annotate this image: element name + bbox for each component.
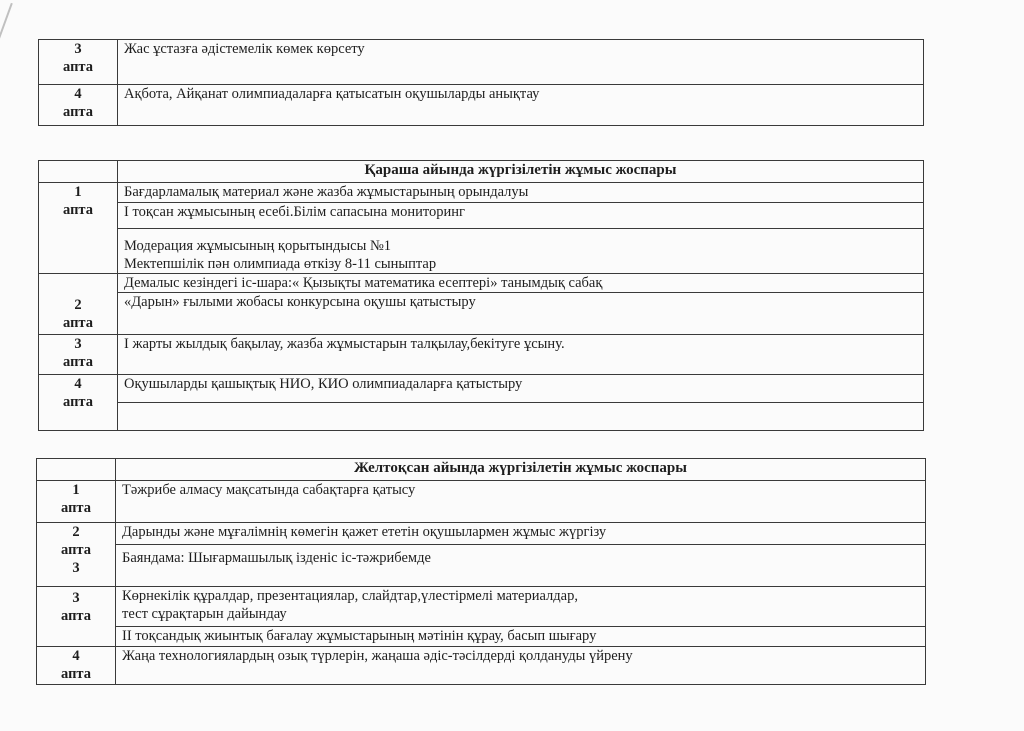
table-row: І тоқсан жұмысының есебі.Білім сапасына … bbox=[39, 203, 924, 229]
week-cell: 4апта bbox=[39, 85, 118, 126]
task-cell: Бағдарламалық материал және жазба жұмыст… bbox=[118, 183, 924, 203]
task-cell-empty bbox=[118, 403, 924, 431]
december-plan-table: Желтоқсан айында жүргізілетін жұмыс жосп… bbox=[36, 458, 926, 685]
task-cell: Жас ұстазға әдістемелік көмек көрсету bbox=[118, 40, 924, 85]
table-row: 2апта3 Дарынды және мұғалімнің көмегін қ… bbox=[37, 523, 926, 545]
table-row: 3апта Көрнекілік құралдар, презентацияла… bbox=[37, 587, 926, 627]
table-row: 3апта І жарты жылдық бақылау, жазба жұмы… bbox=[39, 335, 924, 375]
week-cell: 1апта bbox=[37, 481, 116, 523]
table-row: 1апта Тәжрибе алмасу мақсатында сабақтар… bbox=[37, 481, 926, 523]
task-cell: Жаңа технологиялардың озық түрлерін, жаң… bbox=[116, 647, 926, 685]
table-title: Желтоқсан айында жүргізілетін жұмыс жосп… bbox=[116, 459, 926, 481]
plan-table-continued: 3апта Жас ұстазға әдістемелік көмек көрс… bbox=[38, 39, 924, 126]
week-cell: 3апта bbox=[37, 587, 116, 647]
task-cell: «Дарын» ғылыми жобасы конкурсына оқушы қ… bbox=[118, 293, 924, 335]
task-cell: Тәжрибе алмасу мақсатында сабақтарға қат… bbox=[116, 481, 926, 523]
task-cell: Демалыс кезіндегі іс-шара:« Қызықты мате… bbox=[118, 274, 924, 293]
week-cell: 4апта bbox=[39, 375, 118, 431]
task-cell: Дарынды және мұғалімнің көмегін қажет ет… bbox=[116, 523, 926, 545]
november-plan-table: Қараша айында жүргізілетін жұмыс жоспары… bbox=[38, 160, 924, 431]
table-row: 2апта Демалыс кезіндегі іс-шара:« Қызықт… bbox=[39, 274, 924, 293]
table-row: 3апта Жас ұстазға әдістемелік көмек көрс… bbox=[39, 40, 924, 85]
week-cell: 4апта bbox=[37, 647, 116, 685]
scan-edge-mark bbox=[0, 3, 13, 41]
table-row: ІІ тоқсандық жиынтық бағалау жұмыстарыны… bbox=[37, 627, 926, 647]
table-row bbox=[39, 403, 924, 431]
table-header-row: Қараша айында жүргізілетін жұмыс жоспары bbox=[39, 161, 924, 183]
week-header-cell bbox=[39, 161, 118, 183]
table-row: Модерация жұмысының қорытындысы №1 Мекте… bbox=[39, 229, 924, 274]
week-header-cell bbox=[37, 459, 116, 481]
week-cell: 2апта3 bbox=[37, 523, 116, 587]
task-cell: І тоқсан жұмысының есебі.Білім сапасына … bbox=[118, 203, 924, 229]
task-cell: Көрнекілік құралдар, презентациялар, сла… bbox=[116, 587, 926, 627]
table-row: «Дарын» ғылыми жобасы конкурсына оқушы қ… bbox=[39, 293, 924, 335]
table-row: Баяндама: Шығармашылық ізденіс іс-тәжриб… bbox=[37, 545, 926, 587]
table-row: 4апта Оқушыларды қашықтық НИО, КИО олимп… bbox=[39, 375, 924, 403]
table-title: Қараша айында жүргізілетін жұмыс жоспары bbox=[118, 161, 924, 183]
week-cell: 3апта bbox=[39, 335, 118, 375]
week-cell: 3апта bbox=[39, 40, 118, 85]
table-row: 4апта Ақбота, Айқанат олимпиадаларға қат… bbox=[39, 85, 924, 126]
week-cell: 1апта bbox=[39, 183, 118, 274]
table-row: 4апта Жаңа технологиялардың озық түрлері… bbox=[37, 647, 926, 685]
task-cell: І жарты жылдық бақылау, жазба жұмыстарын… bbox=[118, 335, 924, 375]
task-cell: Оқушыларды қашықтық НИО, КИО олимпиадала… bbox=[118, 375, 924, 403]
week-cell: 2апта bbox=[39, 274, 118, 335]
task-cell: Модерация жұмысының қорытындысы №1 Мекте… bbox=[118, 229, 924, 274]
task-cell: Баяндама: Шығармашылық ізденіс іс-тәжриб… bbox=[116, 545, 926, 587]
table-header-row: Желтоқсан айында жүргізілетін жұмыс жосп… bbox=[37, 459, 926, 481]
task-cell: ІІ тоқсандық жиынтық бағалау жұмыстарыны… bbox=[116, 627, 926, 647]
task-cell: Ақбота, Айқанат олимпиадаларға қатысатын… bbox=[118, 85, 924, 126]
table-row: 1апта Бағдарламалық материал және жазба … bbox=[39, 183, 924, 203]
